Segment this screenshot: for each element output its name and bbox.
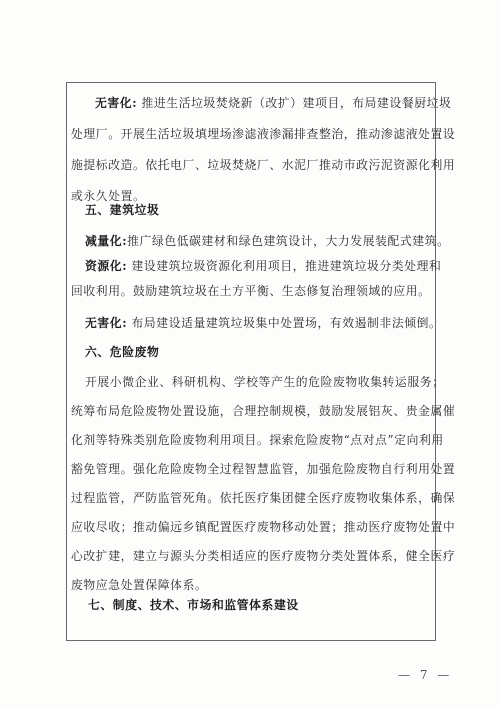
paragraph-line: 心改扩建，建立与源头分类相适应的医疗废物分类处置体系，健全医疗: [71, 549, 433, 563]
term-label: 减量化:: [85, 234, 127, 248]
section-heading: 五、建筑垃圾: [71, 203, 433, 217]
paragraph-line: 化剂等特殊类别危险废物利用项目。探索危险废物“点对点”定向利用: [71, 433, 433, 447]
paragraph-line: 减量化:推广绿色低碳建材和绿色建筑设计，大力发展装配式建筑。: [71, 234, 433, 248]
paragraph-line: 无害化: 推进生活垃圾焚烧新（改扩）建项目，布局建设餐厨垃圾: [71, 96, 433, 110]
paragraph-line: 应收尽收；推动偏远乡镇配置医疗废物移动处置；推动医疗废物处置中: [71, 520, 433, 534]
paragraph-line: 统筹布局危险废物处置设施，合理控制规模，鼓励发展铝灰、贵金属催: [71, 404, 433, 418]
term-label: 无害化:: [95, 96, 137, 110]
section-heading: 七、制度、技术、市场和监管体系建设: [74, 598, 428, 612]
paragraph-line: 废物应急处置保障体系。: [71, 578, 433, 592]
page-number: — 7 —: [398, 668, 452, 682]
paragraph-line: 或永久处置。: [71, 189, 433, 203]
paragraph-line: 处理厂。开展生活垃圾填埋场渗滤液渗漏排查整治，推动渗滤液处置设: [71, 127, 433, 141]
document-frame: 无害化: 推进生活垃圾焚烧新（改扩）建项目，布局建设餐厨垃圾 处理厂。开展生活垃…: [66, 82, 436, 641]
paragraph-line: 开展小微企业、科研机构、学校等产生的危险废物收集转运服务；: [71, 375, 433, 389]
term-label: 资源化:: [85, 259, 127, 273]
paragraph-line: 过程监管，严防监管死角。依托医疗集团健全医疗废物收集体系，确保: [71, 491, 433, 505]
paragraph-line: 豁免管理。强化危险废物全过程智慧监管，加强危险废物自行利用处置: [71, 462, 433, 476]
paragraph-line: 无害化: 布局建设适量建筑垃圾集中处置场，有效遏制非法倾倒。: [71, 316, 433, 330]
section-heading: 六、危险废物: [71, 345, 433, 359]
term-label: 无害化:: [85, 316, 127, 330]
paragraph-line: 施提标改造。依托电厂、垃圾焚烧厂、水泥厂推动市政污泥资源化利用: [71, 158, 433, 172]
paragraph-line: 资源化: 建设建筑垃圾资源化利用项目，推进建筑垃圾分类处理和: [71, 259, 433, 273]
paragraph-line: 回收利用。鼓励建筑垃圾在土方平衡、生态修复治理领域的应用。: [71, 284, 433, 298]
